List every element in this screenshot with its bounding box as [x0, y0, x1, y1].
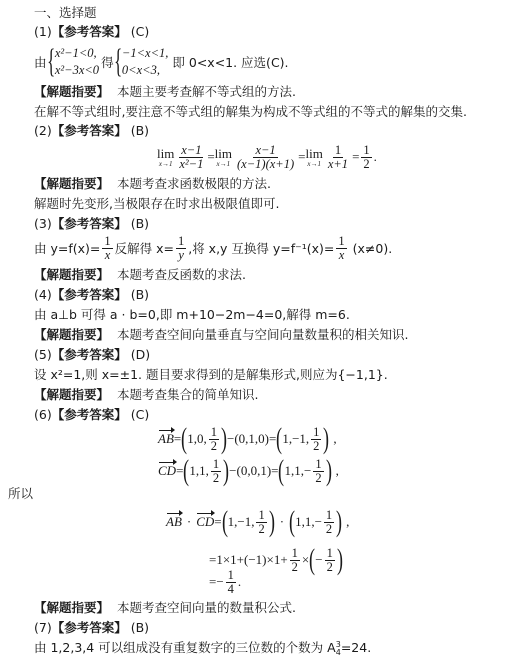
fraction-result: 12 — [361, 144, 371, 171]
vector-cd: CD — [196, 514, 214, 530]
limit-1: limx→1 — [157, 147, 174, 168]
q7-number: (7) — [34, 620, 52, 635]
q1-system: 由 { x²−1<0, x²−3x<0 得 { −1<x<1, 0<x<3, 即… — [34, 44, 289, 80]
q6-guide: 【解题指要】 本题考查空间向量的数量积公式. — [34, 600, 296, 616]
q4-answer: (B) — [131, 287, 149, 302]
q1-conclusion: 即 0<x<1. 应选(C). — [172, 53, 288, 71]
q2-limit-equation: limx→1 x−1x²−1 = limx→1 x−1(x−1)(x+1) = … — [157, 140, 377, 174]
q1-answer-label: 【参考答案】 — [52, 24, 127, 39]
q3-guide-text: 本题考查反函数的求法. — [117, 267, 246, 282]
q2-header: (2)【参考答案】 (B) — [34, 123, 149, 139]
q6-cd-equation: CD= (1,1, 12) −(0,0,1)= (1,1,− 12) , — [158, 455, 339, 487]
q6-answer-label: 【参考答案】 — [52, 407, 127, 422]
fraction: 1x — [102, 235, 112, 262]
q1-result-lines: −1<x<1, 0<x<3, — [122, 45, 168, 79]
q2-guide: 【解题指要】 本题考查求函数极限的方法. — [34, 176, 271, 192]
q5-header: (5)【参考答案】 (D) — [34, 347, 150, 363]
q3-answer-label: 【参考答案】 — [52, 216, 127, 231]
q1-mid: 得 — [101, 53, 114, 71]
q3-guide: 【解题指要】 本题考查反函数的求法. — [34, 267, 246, 283]
q6-answer: (C) — [131, 407, 149, 422]
vector-ab: AB — [166, 514, 182, 530]
fraction: x−1(x−1)(x+1) — [235, 144, 296, 171]
q6-so-label: 所以 — [8, 486, 33, 502]
q1-header: (1)【参考答案】 (C) — [34, 24, 149, 40]
guide-label: 【解题指要】 — [34, 387, 109, 402]
limit-3: limx→1 — [305, 147, 322, 168]
q5-answer: (D) — [131, 347, 150, 362]
q4-answer-label: 【参考答案】 — [52, 287, 127, 302]
q4-number: (4) — [34, 287, 52, 302]
q7-header: (7)【参考答案】 (B) — [34, 620, 149, 636]
q3-number: (3) — [34, 216, 52, 231]
q3-answer: (B) — [131, 216, 149, 231]
q1-result-2: 0<x<3, — [122, 62, 168, 79]
q4-header: (4)【参考答案】 (B) — [34, 287, 149, 303]
section-title: 一、选择题 — [34, 5, 97, 21]
q2-answer: (B) — [131, 123, 149, 138]
q1-ineq-2: x²−3x<0 — [55, 62, 99, 79]
q5-solution: 设 x²=1,则 x=±1. 题目要求得到的是解集形式,则应为{−1,1}. — [34, 367, 388, 383]
q5-guide-text: 本题考查集合的简单知识. — [117, 387, 258, 402]
guide-label: 【解题指要】 — [34, 267, 109, 282]
q4-guide-text: 本题考查空间向量垂直与空间向量数量积的相关知识. — [117, 327, 408, 342]
q7-solution: 由 1,2,3,4 可以组成没有重复数字的三位数的个数为 A34=24. — [34, 640, 371, 657]
q6-dot-product: AB · CD= (1,−1, 12) · (1,1,− 12) , — [166, 506, 349, 538]
q1-guide: 【解题指要】 本题主要考查解不等式组的方法. — [34, 84, 296, 100]
q2-number: (2) — [34, 123, 52, 138]
left-brace-icon: { — [114, 45, 122, 79]
fraction: 1x — [336, 235, 346, 262]
limit-2: limx→1 — [215, 147, 232, 168]
q5-answer-label: 【参考答案】 — [52, 347, 127, 362]
q2-answer-label: 【参考答案】 — [52, 123, 127, 138]
left-brace-icon: { — [47, 45, 55, 79]
q1-answer: (C) — [131, 24, 149, 39]
q4-guide: 【解题指要】 本题考查空间向量垂直与空间向量数量积的相关知识. — [34, 327, 408, 343]
q3-solution: 由 y=f(x)= 1x 反解得 x= 1y ,将 x,y 互换得 y=f⁻¹(… — [34, 232, 392, 264]
q3-part-1: 由 y=f(x)= — [34, 239, 100, 257]
vector-ab: AB — [158, 431, 174, 447]
q1-system-lines: x²−1<0, x²−3x<0 — [55, 45, 99, 79]
q6-header: (6)【参考答案】 (C) — [34, 407, 149, 423]
guide-label: 【解题指要】 — [34, 176, 109, 191]
q1-prefix: 由 — [34, 53, 47, 71]
guide-label: 【解题指要】 — [34, 600, 109, 615]
fraction: 1y — [176, 235, 186, 262]
q7-answer: (B) — [131, 620, 149, 635]
q1-guide-text: 本题主要考查解不等式组的方法. — [117, 84, 296, 99]
q4-solution: 由 a⊥b 可得 a · b=0,即 m+10−2m−4=0,解得 m=6. — [34, 307, 350, 323]
q1-result-1: −1<x<1, — [122, 45, 168, 62]
q3-header: (3)【参考答案】 (B) — [34, 216, 149, 232]
q1-ineq-1: x²−1<0, — [55, 45, 99, 62]
q2-guide-text: 本题考查求函数极限的方法. — [117, 176, 271, 191]
q6-number: (6) — [34, 407, 52, 422]
fraction: x−1x²−1 — [177, 144, 205, 171]
guide-label: 【解题指要】 — [34, 327, 109, 342]
guide-label: 【解题指要】 — [34, 84, 109, 99]
q1-number: (1) — [34, 24, 52, 39]
q3-part-3: ,将 x,y 互换得 y=f⁻¹(x)= — [188, 239, 334, 257]
fraction: 1x+1 — [326, 144, 350, 171]
vector-cd: CD — [158, 463, 176, 479]
q3-part-4: (x≠0). — [353, 241, 393, 256]
q2-note: 解题时先变形,当极限存在时求出极限值即可. — [34, 196, 279, 212]
q6-ab-equation: AB= (1,0, 12) −(0,1,0)= (1,−1, 12) , — [158, 423, 337, 455]
q1-note: 在解不等式组时,要注意不等式组的解集为构成不等式组的不等式的解集的交集. — [34, 104, 467, 120]
q3-part-2: 反解得 x= — [115, 239, 174, 257]
q7-answer-label: 【参考答案】 — [52, 620, 127, 635]
q6-step-3: =− 14 . — [209, 566, 241, 598]
q6-guide-text: 本题考查空间向量的数量积公式. — [117, 600, 296, 615]
q5-number: (5) — [34, 347, 52, 362]
q5-guide: 【解题指要】 本题考查集合的简单知识. — [34, 387, 258, 403]
